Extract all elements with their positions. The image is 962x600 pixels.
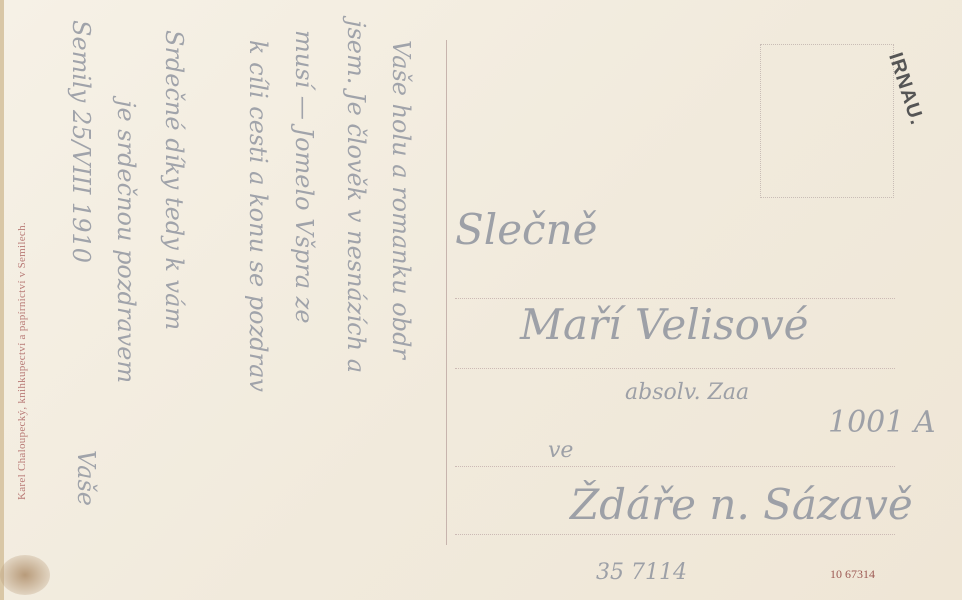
address-line: [455, 298, 895, 299]
card-edge: [0, 0, 4, 600]
address-name: Maří Velisové: [520, 300, 809, 349]
publisher-imprint: Karel Chaloupecký, knihkupectví a papírn…: [16, 222, 28, 500]
message-line: jsem. Je člověk v nesnázích a: [342, 20, 370, 373]
divider-line: [446, 40, 447, 545]
postcard-back: Karel Chaloupecký, knihkupectví a papírn…: [0, 0, 962, 600]
address-salutation: Slečně: [455, 205, 598, 254]
address-place: Ždáře n. Sázavě: [570, 480, 913, 529]
message-line: musí — Jomelo Všpra ze: [290, 30, 318, 324]
message-line: k cíli cesti a konu se pozdrav: [244, 40, 272, 392]
address-preposition: ve: [548, 438, 573, 463]
message-line: Vaše: [72, 450, 100, 506]
message-line: Srdečné díky tedy k vám: [160, 30, 188, 330]
pencil-note: 35 7114: [596, 560, 687, 585]
message-line: je srdečnou pozdravem: [112, 100, 140, 383]
message-line: Vaše holu a romanku obdr: [387, 40, 415, 359]
serial-number: 10 67314: [830, 567, 875, 582]
address-title: absolv. Zaa: [625, 380, 749, 405]
stamp-area: [760, 44, 894, 198]
message-line: Semily 25/VIII 1910: [67, 20, 95, 263]
address-annotation: 1001 A: [828, 405, 936, 440]
address-line: [455, 368, 895, 369]
address-line: [455, 534, 895, 535]
address-line: [455, 466, 895, 467]
stain: [0, 555, 50, 595]
